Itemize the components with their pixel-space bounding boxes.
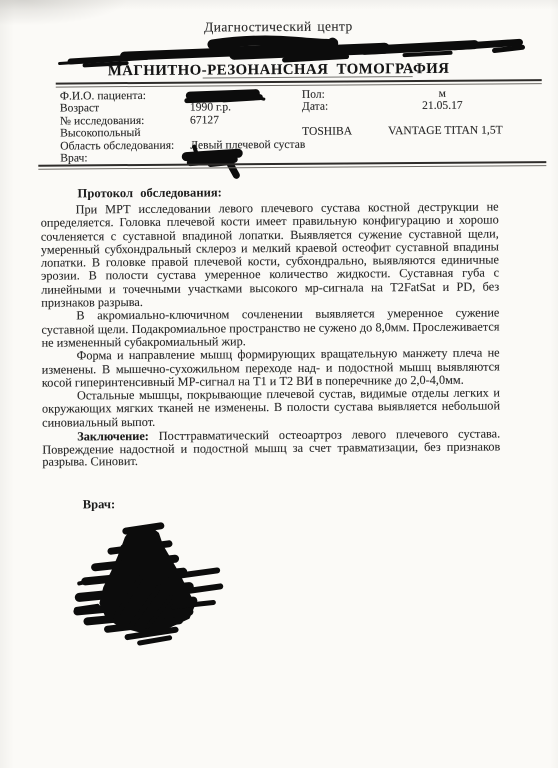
table-top-rule [56,79,542,87]
doctor-field-redaction-bar [180,142,246,180]
signature-redaction-scribble [71,516,226,649]
protocol-paragraph: При МРТ исследовании левого плечевого су… [41,200,500,310]
protocol-paragraph: Форма и направление мышц формирующих вра… [42,347,500,390]
field-value-date: 21.05.17 [388,100,497,113]
conclusion-paragraph: Заключение: Посттравматический остеоартр… [42,427,500,468]
doctor-signature-label: Врач: [83,497,116,512]
field-value-study-number: 67127 [190,114,302,127]
patient-info-table: Ф.И.О. пациента: Пол: м Возраст 1990 г.р… [60,87,498,164]
protocol-paragraph: В акромиально-ключичном сочленении выявл… [41,307,499,350]
document-content: Диагностический центр МАГНИТНО-РЕЗОНАНСН… [0,0,558,768]
field-value-scanner-brand: TOSHIBA [302,125,388,138]
field-label-date: Дата: [302,101,388,114]
protocol-heading: Протокол обследования: [77,185,221,201]
protocol-paragraph: Остальные мышцы, покрывающие плечевой су… [42,387,500,430]
patient-name-redaction-bar [184,88,266,105]
protocol-text: При МРТ исследовании левого плечевого су… [41,200,501,429]
field-value-scanner-model: VANTAGE TITAN 1,5T [388,125,497,138]
scanned-document-page: Диагностический центр МАГНИТНО-РЕЗОНАНСН… [0,0,558,768]
